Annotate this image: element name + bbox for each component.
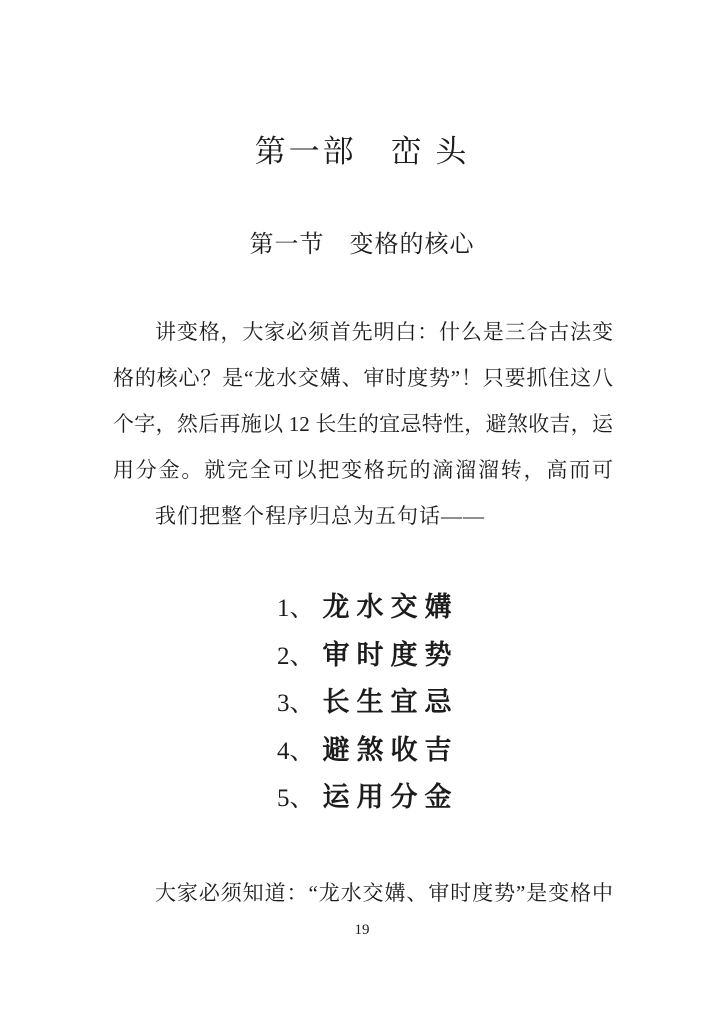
list-item: 2、审时度势 [277, 632, 459, 680]
list-item-text: 审时度势 [323, 640, 459, 670]
list-item: 3、长生宜忌 [277, 679, 459, 727]
list-item-text: 龙水交媾 [323, 592, 459, 622]
list-item-number: 1、 [277, 595, 315, 622]
paragraph-line: 讲变格，大家必须首先明白：什么是三合古法变 [113, 309, 613, 355]
list-item: 1、龙水交媾 [277, 584, 459, 632]
paragraph-line: 格的核心？是“龙水交媾、审时度势”！只要抓住这八 [113, 355, 613, 401]
list-item-text: 运用分金 [323, 782, 459, 812]
list-item-text: 避煞收吉 [323, 735, 459, 765]
section-heading: 第一节 变格的核心 [0, 224, 724, 259]
list-item-number: 2、 [277, 643, 315, 670]
paragraph-line: 用分金。就完全可以把变格玩的滴溜溜转，高而可攀！ [113, 447, 613, 493]
list-item-number: 4、 [277, 738, 315, 765]
chapter-title: 第一部 峦 头 [0, 126, 724, 171]
list-item: 4、避煞收吉 [277, 727, 459, 775]
page-number: 19 [0, 922, 724, 939]
closing-paragraph: 大家必须知道：“龙水交媾、审时度势”是变格中 [113, 870, 613, 916]
numbered-list: 1、龙水交媾 2、审时度势 3、长生宜忌 4、避煞收吉 5、运用分金 [277, 584, 459, 822]
paragraph-line: 个字，然后再施以 12 长生的宜忌特性，避煞收吉，运 [113, 401, 613, 447]
list-item-number: 3、 [277, 690, 315, 717]
list-item: 5、运用分金 [277, 774, 459, 822]
document-page: 第一部 峦 头 第一节 变格的核心 讲变格，大家必须首先明白：什么是三合古法变 … [0, 0, 724, 1024]
list-item-number: 5、 [277, 785, 315, 812]
list-item-text: 长生宜忌 [323, 687, 459, 717]
paragraph-line: 我们把整个程序归总为五句话—— [113, 493, 613, 539]
body-paragraphs: 讲变格，大家必须首先明白：什么是三合古法变 格的核心？是“龙水交媾、审时度势”！… [113, 309, 613, 539]
